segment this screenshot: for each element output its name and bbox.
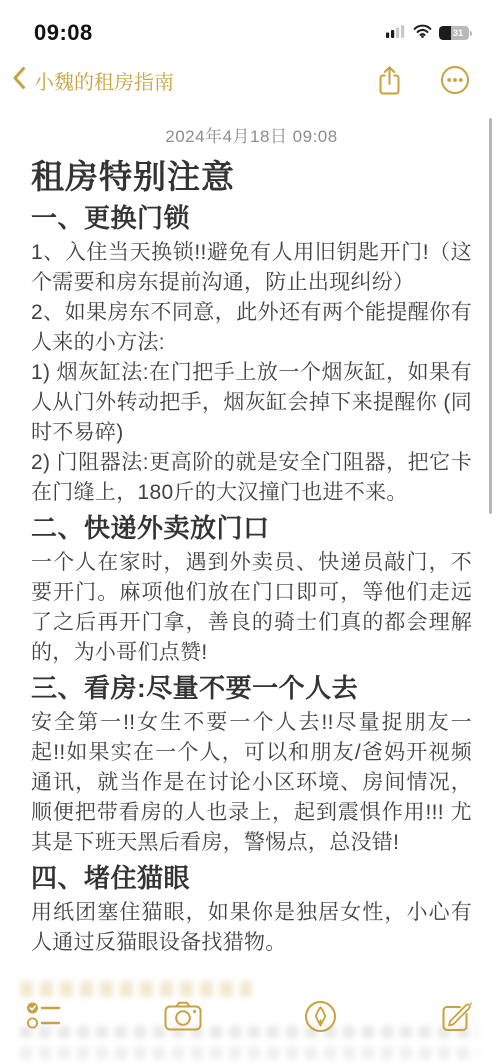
status-bar: 09:08 xyxy=(0,0,500,54)
nav-bar: 小魏的租房指南 xyxy=(0,54,500,106)
chevron-left-icon xyxy=(12,66,26,95)
share-icon xyxy=(377,65,402,96)
markup-button[interactable] xyxy=(304,1000,337,1033)
checklist-button[interactable] xyxy=(26,1000,62,1031)
section-heading-3: 三、看房:尽量不要一个人去 xyxy=(31,671,472,706)
note-paragraph: 1) 烟灰缸法:在门把手上放一个烟灰缸，如果有人从门外转动把手，烟灰缸会掉下来提… xyxy=(31,358,472,448)
section-heading-2: 二、快递外卖放门口 xyxy=(31,511,472,546)
back-button[interactable]: 小魏的租房指南 xyxy=(12,66,174,95)
checklist-icon xyxy=(26,1000,62,1031)
section-heading-4: 四、堵住猫眼 xyxy=(31,861,472,896)
note-paragraph: 2、如果房东不同意，此外还有两个能提醒你有人来的小方法: xyxy=(31,298,472,358)
markup-pen-icon xyxy=(304,1000,337,1033)
note-paragraph: 一个人在家时，遇到外卖员、快递员敲门，不要开门。麻项他们放在门口即可，等他们走远… xyxy=(31,548,472,668)
compose-icon xyxy=(439,1000,474,1034)
share-button[interactable] xyxy=(377,65,402,96)
notes-app-screen: 09:08 xyxy=(0,0,500,1064)
ellipsis-circle-icon xyxy=(440,65,470,95)
bottom-toolbar xyxy=(0,986,500,1064)
section-heading-1: 一、更换门锁 xyxy=(31,201,472,236)
camera-button[interactable] xyxy=(164,1000,202,1031)
back-label: 小魏的租房指南 xyxy=(34,66,174,95)
note-editor[interactable]: 2024年4月18日 09:08 租房特别注意 一、更换门锁 1、入住当天换锁!… xyxy=(0,122,500,958)
battery-percent: 31 xyxy=(449,28,467,39)
status-icons: 31 xyxy=(386,24,472,43)
battery-cap xyxy=(470,31,472,36)
camera-icon xyxy=(164,1000,202,1031)
wifi-icon xyxy=(413,24,432,43)
compose-button[interactable] xyxy=(439,1000,474,1034)
note-date: 2024年4月18日 09:08 xyxy=(31,122,472,147)
cellular-signal-icon xyxy=(386,24,406,43)
scrollbar[interactable] xyxy=(489,118,492,514)
battery-indicator: 31 xyxy=(439,26,472,40)
note-paragraph: 2) 门阻器法:更高阶的就是安全门阻器，把它卡在门缝上，180斤的大汉撞门也进不… xyxy=(31,448,472,508)
note-title: 租房特别注意 xyxy=(31,156,472,198)
note-paragraph: 1、入住当天换锁!!避免有人用旧钥匙开门!（这个需要和房东提前沟通，防止出现纠纷… xyxy=(31,238,472,298)
status-time: 09:08 xyxy=(34,20,93,46)
note-paragraph: 用纸团塞住猫眼，如果你是独居女性，小心有人通过反猫眼设备找猎物。 xyxy=(31,898,472,958)
more-button[interactable] xyxy=(440,65,470,95)
note-paragraph: 安全第一!!女生不要一个人去!!尽量捉朋友一起!!如果实在一个人，可以和朋友/爸… xyxy=(31,708,472,858)
